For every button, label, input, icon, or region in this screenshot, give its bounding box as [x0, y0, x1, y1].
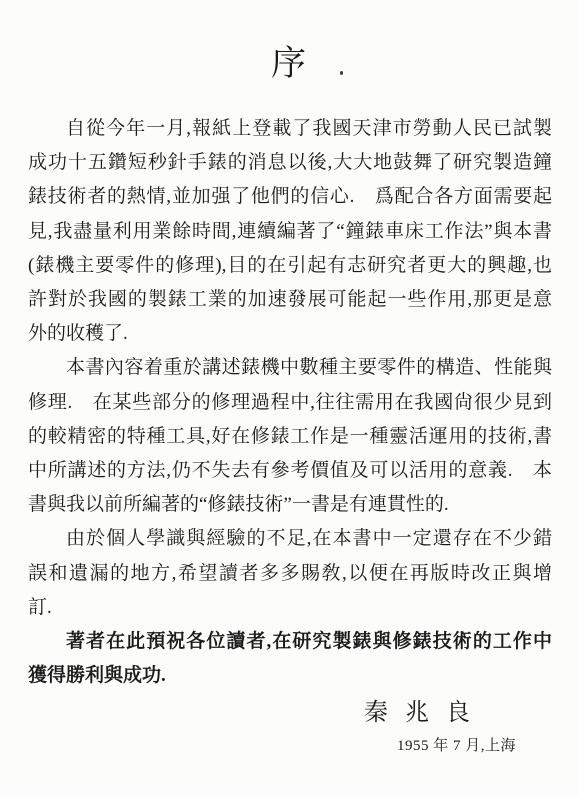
text-line: 的較精密的特種工具,好在修錶工作是一種靈活運用的技術,書: [28, 420, 552, 454]
text-line: 由於個人學識與經驗的不足,在本書中一定還存在不少錯: [28, 522, 552, 556]
text-line: 訂.: [28, 591, 552, 625]
text-line: 外的收穫了.: [28, 317, 552, 351]
text-line: 修理. 在某些部分的修理過程中,往往需用在我國尙很少見到: [28, 386, 552, 420]
text-line: (錶機主要零件的修理),目的在引起有志研究者更大的興趣,也: [28, 249, 552, 283]
publication-date: 1955 年 7 月,上海: [397, 734, 516, 755]
text-line: 著者在此預祝各位讀者,在研究製錶與修錶技術的工作中: [28, 625, 552, 659]
text-line: 誤和遺漏的地方,希望讀者多多賜敎,以便在再版時改正與增: [28, 557, 552, 591]
text-line: 書與我以前所編著的“修錶技術”一書是有連貫性的.: [28, 488, 552, 522]
preface-body: 自從今年一月,報紙上登載了我國天津市勞動人民已試製 成功十五鑽短秒針手錶的消息以…: [28, 112, 552, 693]
author-signature: 秦 兆 良: [364, 692, 471, 727]
text-line: 中所講述的方法,仍不失去有參考價值及可以活用的意義. 本: [28, 454, 552, 488]
scanned-preface-page: 序 自從今年一月,報紙上登載了我國天津市勞動人民已試製 成功十五鑽短秒針手錶的消…: [0, 0, 579, 795]
text-line: 許對於我國的製錶工業的加速發展可能起一些作用,那更是意: [28, 283, 552, 317]
ink-speck: [340, 71, 343, 75]
text-line: 錶技術者的熱情,並加强了他們的信心. 爲配合各方面需要起: [28, 180, 552, 214]
text-line: 成功十五鑽短秒針手錶的消息以後,大大地鼓舞了研究製造鐘: [28, 146, 552, 180]
text-line: 本書內容着重於講述錶機中數種主要零件的構造、性能與: [28, 351, 552, 385]
text-line: 自從今年一月,報紙上登載了我國天津市勞動人民已試製: [28, 112, 552, 146]
text-line: 見,我盡量利用業餘時間,連續編著了“鐘錶車床工作法”與本書: [28, 215, 552, 249]
text-line: 獲得勝利與成功.: [28, 659, 552, 693]
page-title: 序: [0, 36, 579, 86]
